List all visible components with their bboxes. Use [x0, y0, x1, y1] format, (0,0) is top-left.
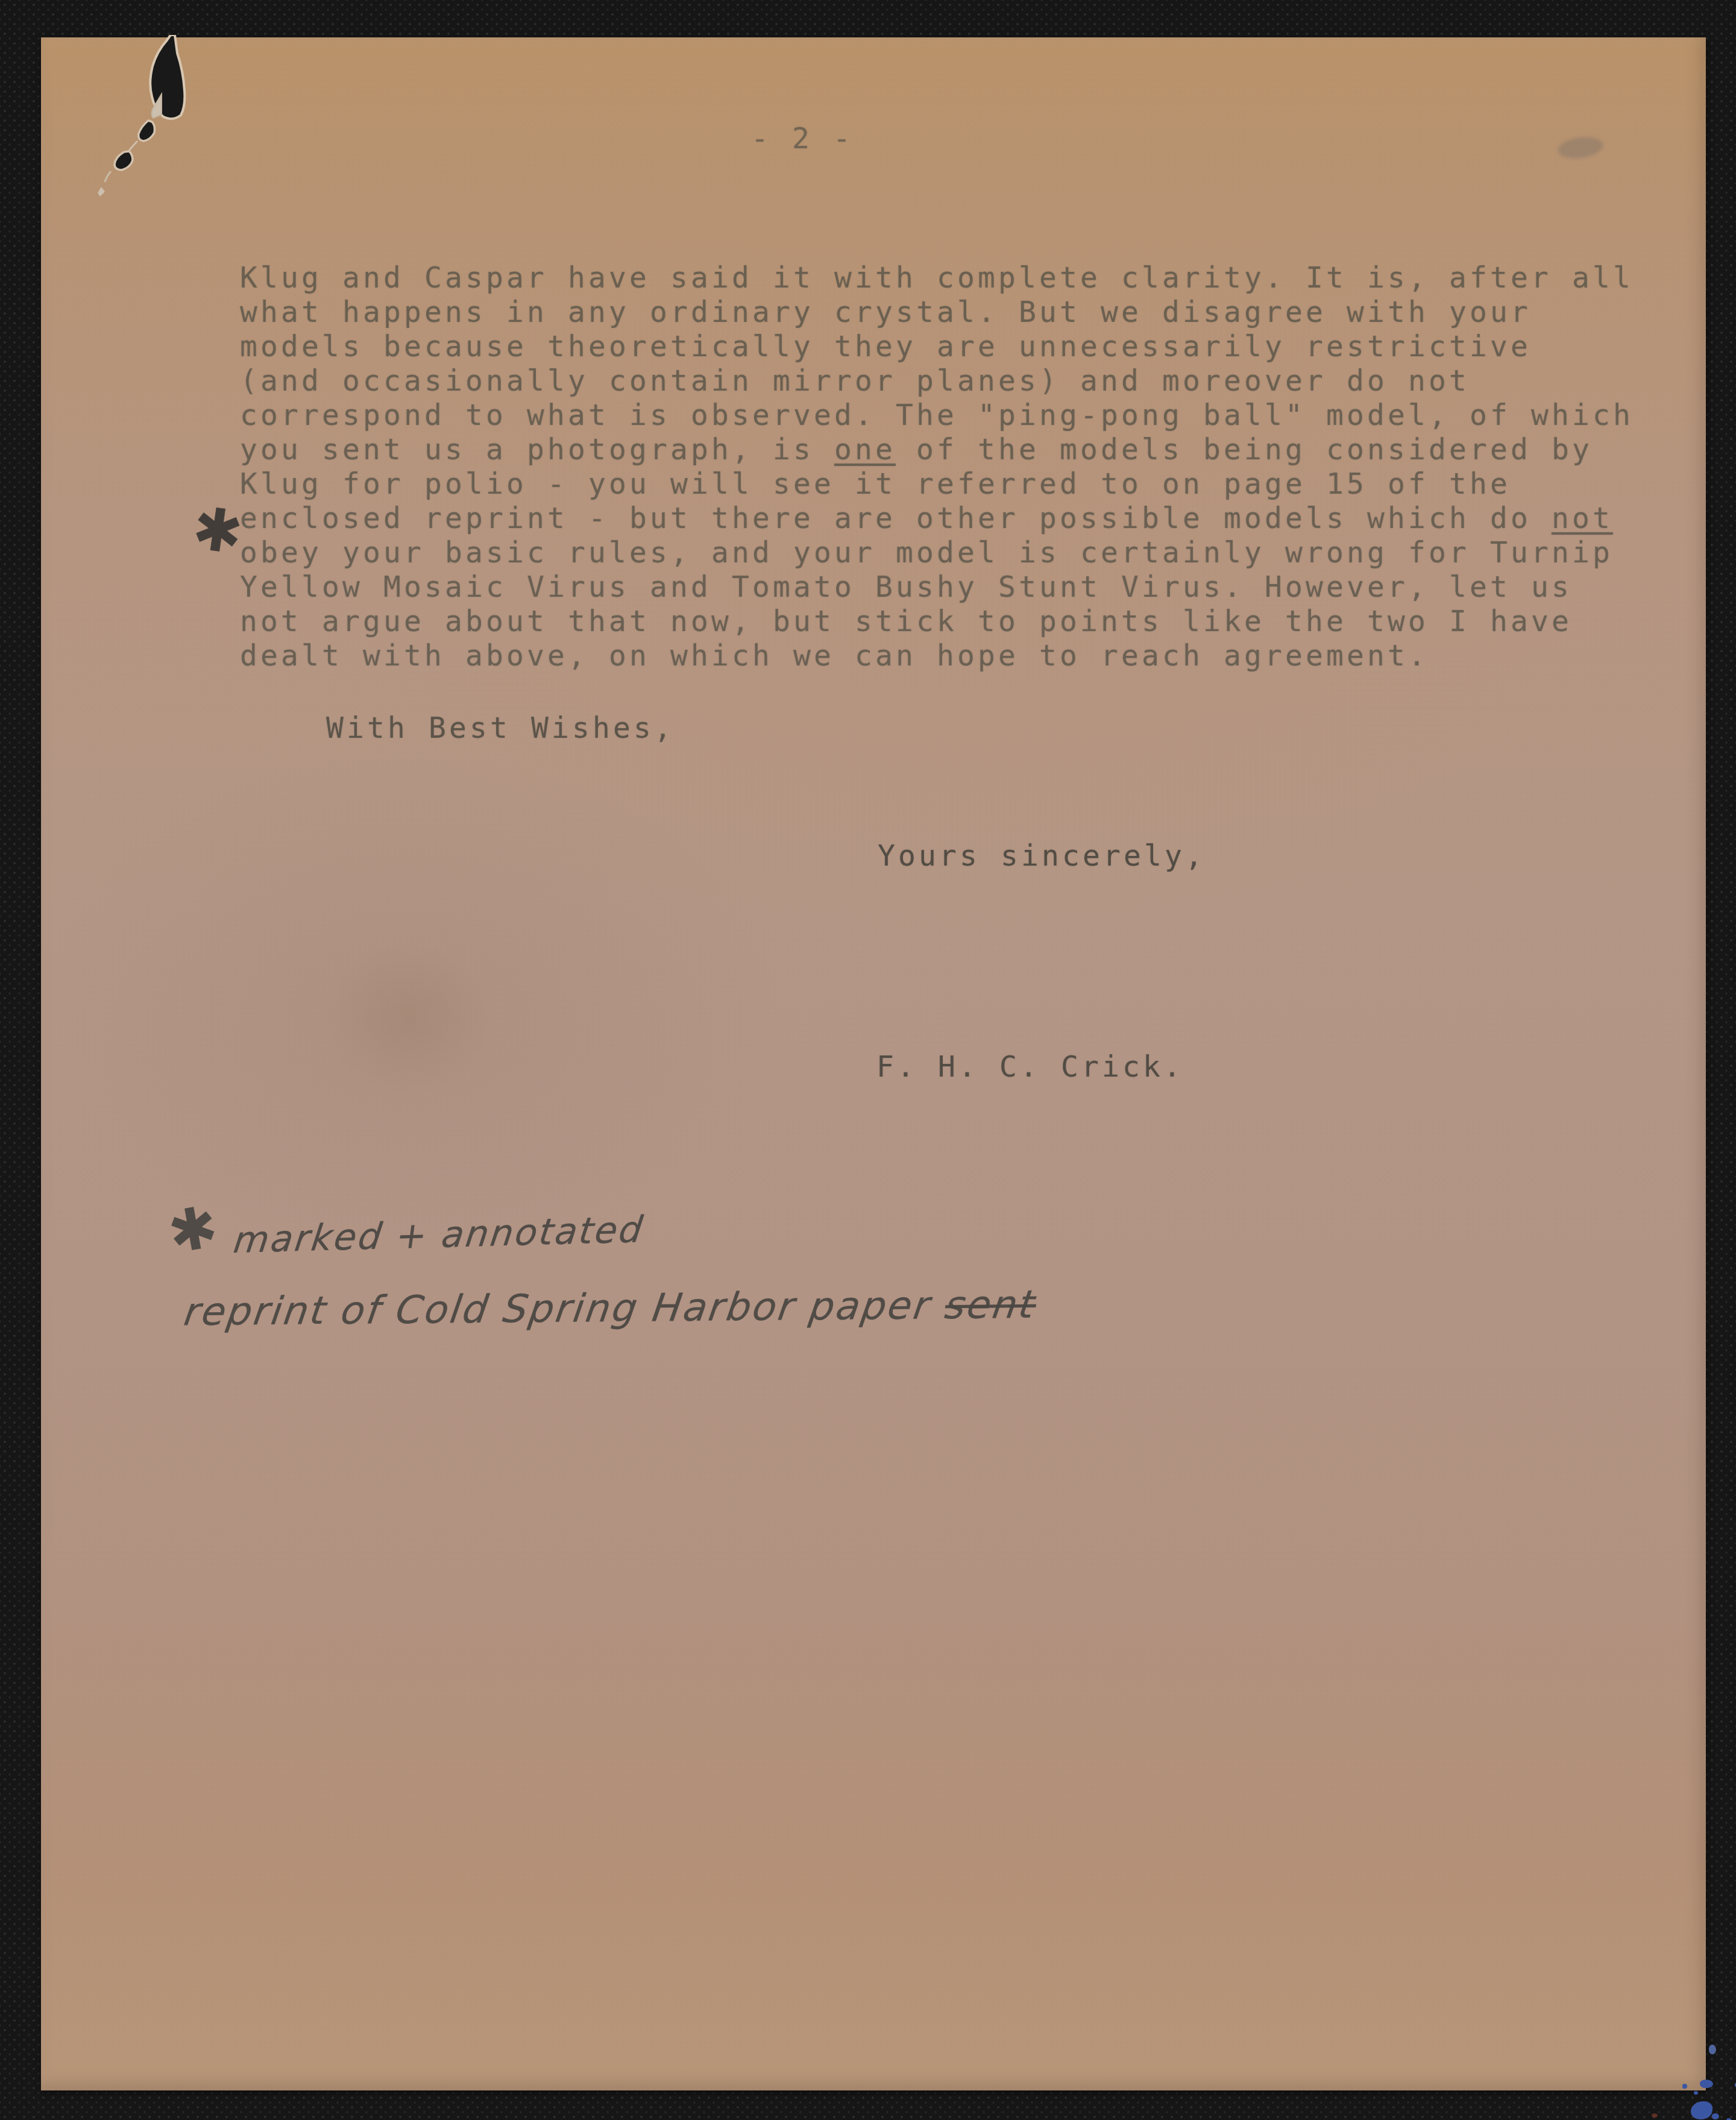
letter-body-line: not argue about that now, but stick to p… [240, 605, 1634, 639]
letter-body-line: obey your basic rules, and your model is… [240, 536, 1634, 570]
letter-body-line: correspond to what is observed. The "pin… [240, 398, 1634, 433]
annotation-line-1: marked + annotated [231, 1209, 646, 1262]
blue-ink-spot [1691, 2101, 1712, 2119]
letter-body: Klug and Caspar have said it with comple… [240, 261, 1634, 673]
letter-body-line: Yellow Mosaic Virus and Tomato Bushy Stu… [240, 570, 1634, 605]
scan-backing-fabric: - 2 - Klug and Caspar have said it with … [0, 0, 1736, 2120]
blue-ink-spot [1700, 2080, 1713, 2088]
letter-body-line: models because theoretically they are un… [240, 330, 1634, 364]
blue-ink-spot [1712, 2113, 1719, 2119]
blue-ink-spot [1694, 2091, 1698, 2095]
blue-ink-spot [1709, 2045, 1716, 2054]
annotation-asterisk: ✱ [163, 1192, 223, 1267]
paper-stain [324, 942, 493, 1098]
annotation-line-2-text: reprint of Cold Spring Harbor paper [181, 1283, 949, 1335]
signature-name: F. H. C. Crick. [876, 1050, 1184, 1084]
letter-body-line: what happens in any ordinary crystal. Bu… [240, 295, 1634, 330]
letter-body-line: you sent us a photograph, is one of the … [240, 433, 1634, 467]
annotation-line-2: reprint of Cold Spring Harbor paper sent [181, 1283, 1039, 1335]
torn-hole [77, 35, 234, 216]
annotation-struck-word: sent [942, 1283, 1039, 1328]
red-speck [1652, 2113, 1658, 2118]
blue-ink-spot [1682, 2084, 1687, 2089]
letter-body-line: enclosed reprint - but there are other p… [240, 502, 1634, 536]
page-number: - 2 - [751, 122, 854, 156]
letter-page: - 2 - Klug and Caspar have said it with … [41, 37, 1706, 2090]
margin-asterisk-mark: ✱ [189, 499, 247, 564]
letter-body-line: Klug for polio - you will see it referre… [240, 467, 1634, 502]
gray-smudge [1556, 134, 1605, 161]
valediction: Yours sincerely, [878, 839, 1206, 873]
letter-body-line: dealt with above, on which we can hope t… [240, 639, 1634, 673]
letter-body-line: (and occasionally contain mirror planes)… [240, 364, 1634, 398]
closing-line: With Best Wishes, [326, 711, 675, 746]
letter-body-line: Klug and Caspar have said it with comple… [240, 261, 1634, 295]
